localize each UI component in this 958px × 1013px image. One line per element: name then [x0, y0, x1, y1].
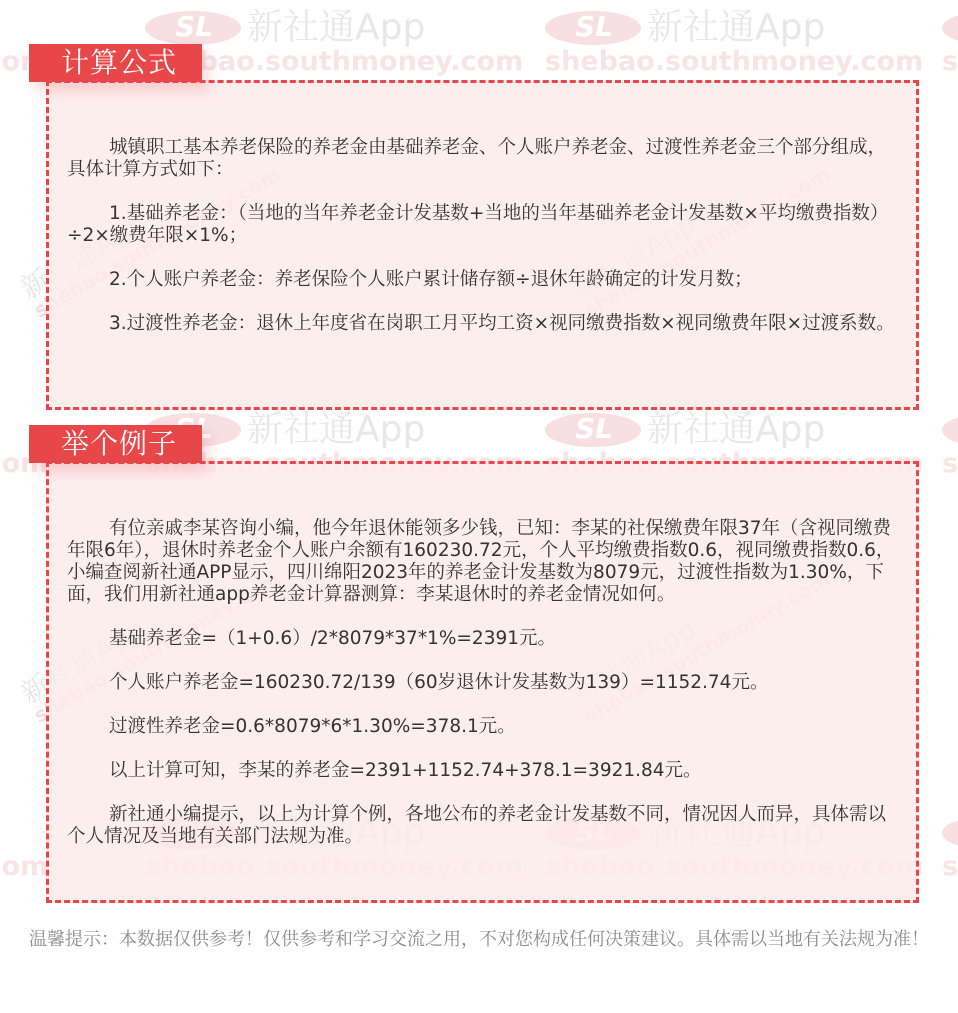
brand-logo-icon — [942, 413, 958, 447]
example-tip: 新社通小编提示，以上为计算个例，各地公布的养老金计发基数不同，情况因人而异，具体… — [67, 804, 898, 848]
brand-logo-icon — [545, 11, 641, 45]
formula-basic-pension: 1.基础养老金：（当地的当年养老金计发基数+当地的当年基础养老金计发基数×平均缴… — [67, 203, 898, 247]
brand-logo-icon — [545, 413, 641, 447]
formula-personal-account: 2.个人账户养老金：养老保险个人账户累计储存额÷退休年龄确定的计发月数； — [67, 269, 898, 291]
brand-logo-icon — [942, 11, 958, 45]
example-box: 有位亲戚李某咨询小编，他今年退休能领多少钱，已知：李某的社保缴费年限37年（含视… — [46, 461, 919, 903]
watermark: 新社通App shebao.southmoney.com — [942, 815, 958, 880]
example-total: 以上计算可知，李某的养老金=2391+1152.74+378.1=3921.84… — [67, 760, 898, 782]
example-scenario: 有位亲戚李某咨询小编，他今年退休能领多少钱，已知：李某的社保缴费年限37年（含视… — [67, 518, 898, 606]
formula-transitional: 3.过渡性养老金：退休上年度省在岗职工月平均工资×视同缴费指数×视同缴费年限×过… — [67, 313, 898, 335]
watermark: 新社通App shebao.southmoney.com — [942, 10, 958, 75]
section-title-formula: 计算公式 — [29, 44, 202, 82]
watermark: 新社通App shebao.southmoney.com — [545, 10, 923, 75]
example-personal-account: 个人账户养老金=160230.72/139（60岁退休计发基数为139）=115… — [67, 672, 898, 694]
watermark: 新社通App shebao.southmoney.com — [942, 412, 958, 477]
brand-logo-icon — [145, 11, 241, 45]
example-transitional: 过渡性养老金=0.6*8079*6*1.30%=378.1元。 — [67, 716, 898, 738]
formula-box: 城镇职工基本养老保险的养老金由基础养老金、个人账户养老金、过渡性养老金三个部分组… — [46, 80, 919, 410]
brand-logo-icon — [942, 816, 958, 850]
formula-intro: 城镇职工基本养老保险的养老金由基础养老金、个人账户养老金、过渡性养老金三个部分组… — [67, 137, 898, 181]
watermark: 新社通App shebao.southmoney.com — [0, 815, 48, 880]
example-basic-pension: 基础养老金=（1+0.6）/2*8079*37*1%=2391元。 — [67, 628, 898, 650]
disclaimer-note: 温馨提示：本数据仅供参考！仅供参考和学习交流之用，不对您构成任何决策建议。具体需… — [20, 928, 938, 951]
section-title-example: 举个例子 — [29, 425, 202, 463]
